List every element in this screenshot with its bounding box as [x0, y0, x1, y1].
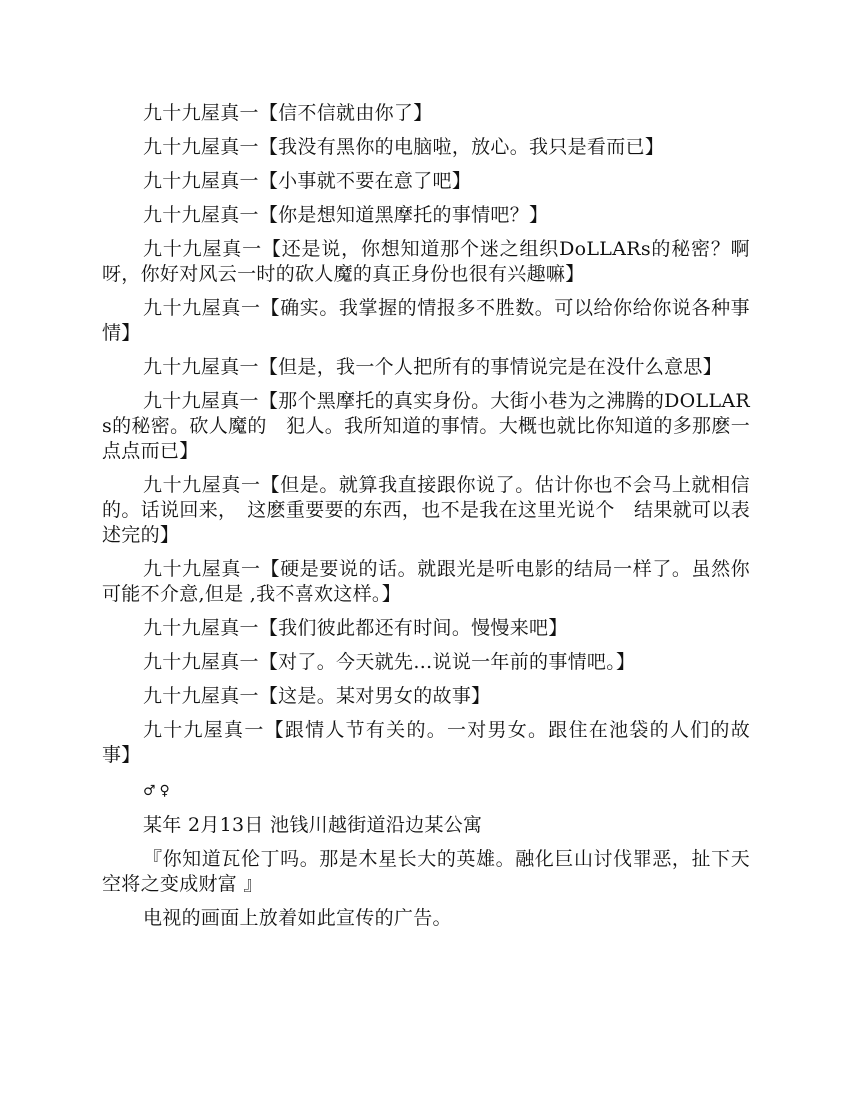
dialogue-paragraph: 九十九屋真一【那个黑摩托的真实身份。大街小巷为之沸腾的DOLLARs的秘密。砍人…: [102, 389, 750, 464]
dialogue-paragraph: 九十九屋真一【对了。今天就先…说说一年前的事情吧。】: [102, 650, 750, 675]
scene-separator: ♂♀: [102, 777, 750, 804]
speaker-name: 九十九屋真一: [143, 102, 259, 124]
narration-paragraph: 电视的画面上放着如此宣传的广告。: [102, 906, 750, 931]
speaker-name: 九十九屋真一: [143, 297, 261, 319]
dialogue-text: 【信不信就由你了】: [259, 102, 433, 124]
speaker-name: 九十九屋真一: [143, 136, 259, 158]
dialogue-paragraph: 九十九屋真一【小事就不要在意了吧】: [102, 169, 750, 194]
speaker-name: 九十九屋真一: [143, 238, 262, 260]
dialogue-paragraph: 九十九屋真一【你是想知道黑摩托的事情吧？】: [102, 203, 750, 228]
dialogue-text: 【你是想知道黑摩托的事情吧？】: [259, 204, 549, 226]
speaker-name: 九十九屋真一: [143, 356, 259, 378]
dialogue-paragraph: 九十九屋真一【但是。就算我直接跟你说了。估计你也不会马上就相信的。话说回来， 这…: [102, 473, 750, 548]
dialogue-text: 【我们彼此都还有时间。慢慢来吧】: [259, 617, 568, 639]
speaker-name: 九十九屋真一: [143, 719, 265, 741]
narration-paragraph: 『你知道瓦伦丁吗。那是木星长大的英雄。融化巨山讨伐罪恶，扯下天空将之变成财富 』: [102, 847, 750, 897]
speaker-name: 九十九屋真一: [143, 558, 261, 580]
dialogue-paragraph: 九十九屋真一【硬是要说的话。就跟光是听电影的结局一样了。虽然你可能不介意,但是 …: [102, 557, 750, 607]
document-page: 九十九屋真一【信不信就由你了】 九十九屋真一【我没有黑你的电脑啦，放心。我只是看…: [102, 101, 750, 940]
dialogue-paragraph: 九十九屋真一【确实。我掌握的情报多不胜数。可以给你给你说各种事情】: [102, 296, 750, 346]
dialogue-paragraph: 九十九屋真一【我们彼此都还有时间。慢慢来吧】: [102, 616, 750, 641]
scene-heading: 某年 2月13日 池钱川越街道沿边某公寓: [102, 813, 750, 838]
male-female-symbols-icon: ♂♀: [143, 783, 174, 799]
speaker-name: 九十九屋真一: [143, 204, 259, 226]
dialogue-paragraph: 九十九屋真一【还是说，你想知道那个迷之组织DoLLARs的秘密？啊呀，你好对风云…: [102, 237, 750, 287]
dialogue-paragraph: 九十九屋真一【这是。某对男女的故事】: [102, 684, 750, 709]
dialogue-text: 【我没有黑你的电脑啦，放心。我只是看而已】: [259, 136, 664, 158]
speaker-name: 九十九屋真一: [143, 651, 259, 673]
speaker-name: 九十九屋真一: [143, 170, 259, 192]
speaker-name: 九十九屋真一: [143, 617, 259, 639]
dialogue-paragraph: 九十九屋真一【我没有黑你的电脑啦，放心。我只是看而已】: [102, 135, 750, 160]
dialogue-text: 【这是。某对男女的故事】: [259, 685, 491, 707]
dialogue-text: 【对了。今天就先…说说一年前的事情吧。】: [259, 651, 636, 673]
dialogue-paragraph: 九十九屋真一【但是，我一个人把所有的事情说完是在没什么意思】: [102, 355, 750, 380]
dialogue-text: 【小事就不要在意了吧】: [259, 170, 471, 192]
dialogue-paragraph: 九十九屋真一【信不信就由你了】: [102, 101, 750, 126]
speaker-name: 九十九屋真一: [143, 474, 261, 496]
dialogue-paragraph: 九十九屋真一【跟情人节有关的。一对男女。跟住在池袋的人们的故事】: [102, 718, 750, 768]
dialogue-text: 【但是，我一个人把所有的事情说完是在没什么意思】: [259, 356, 722, 378]
speaker-name: 九十九屋真一: [143, 685, 259, 707]
speaker-name: 九十九屋真一: [143, 390, 259, 412]
